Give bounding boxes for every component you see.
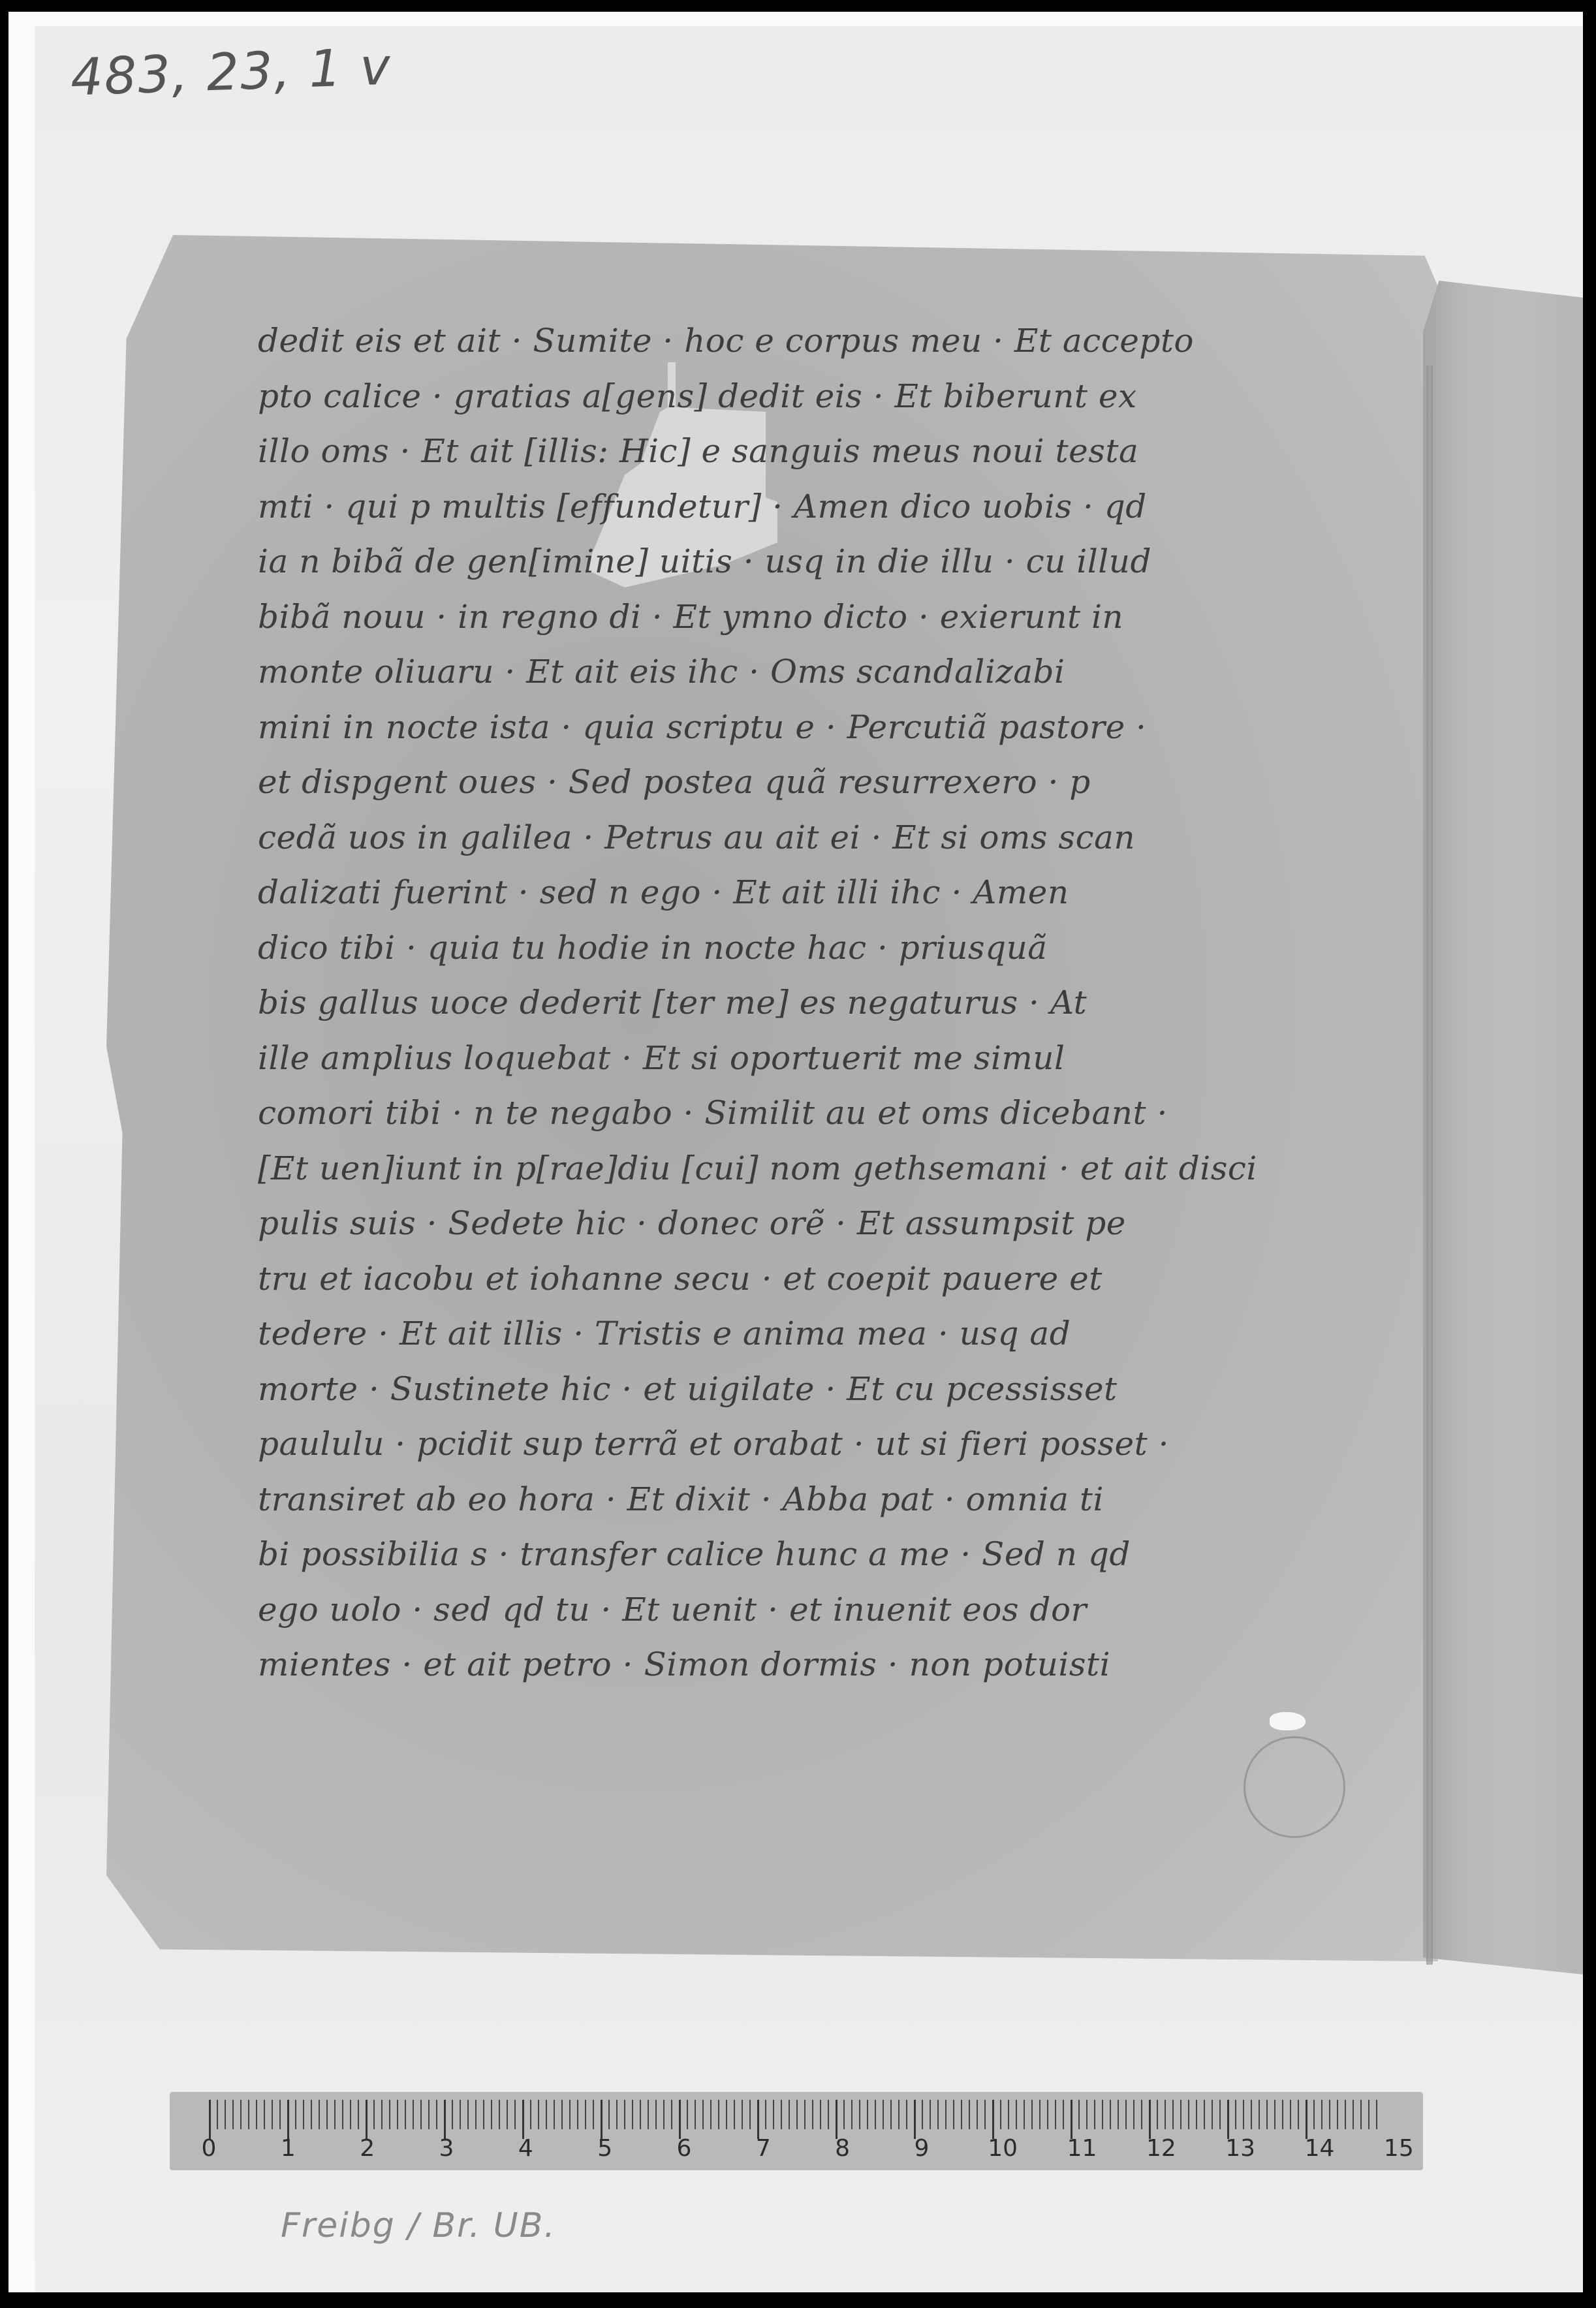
ruler-label: 11 [1067, 2135, 1093, 2162]
text-line: monte oliuaru · Et ait eis ihc · Oms sca… [258, 644, 1315, 700]
text-line: mini in nocte ista · quia scriptu e · Pe… [258, 700, 1315, 755]
text-line: tedere · Et ait illis · Tristis e anima … [258, 1306, 1315, 1362]
text-line: ego uolo · sed qd tu · Et uenit · et inu… [258, 1582, 1315, 1638]
text-line: illo oms · Et ait [illis: Hic] e sanguis… [258, 424, 1315, 479]
text-line: bibã nouu · in regno di · Et ymno dicto … [258, 589, 1315, 645]
text-line: bi possibilia s · transfer calice hunc a… [258, 1527, 1315, 1582]
text-line: dalizati fuerint · sed n ego · Et ait il… [258, 865, 1315, 920]
text-line: morte · Sustinete hic · et uigilate · Et… [258, 1362, 1315, 1417]
shelfmark-note: 483, 23, 1 v [70, 37, 393, 107]
ruler-label: 8 [830, 2135, 856, 2162]
ruler-label: 13 [1225, 2135, 1251, 2162]
ruler-label: 3 [433, 2135, 460, 2162]
archive-note: Freibg / Br. UB. [281, 2206, 556, 2245]
text-line: mientes · et ait petro · Simon dormis · … [258, 1637, 1315, 1692]
ruler-label: 5 [592, 2135, 618, 2162]
ruler-label: 14 [1305, 2135, 1331, 2162]
ruler-label: 9 [909, 2135, 935, 2162]
ruler-label: 4 [512, 2135, 539, 2162]
text-line: pulis suis · Sedete hic · donec orẽ · Et… [258, 1196, 1315, 1251]
text-line: tru et iacobu et iohanne secu · et coepi… [258, 1251, 1315, 1307]
text-line: paululu · pcidit sup terrã et orabat · u… [258, 1416, 1315, 1472]
text-line: et dispgent oues · Sed postea quã resurr… [258, 755, 1315, 810]
text-line: ia n bibã de gen[imine] uitis · usq in d… [258, 534, 1315, 589]
ruler-label: 1 [275, 2135, 301, 2162]
text-line: dedit eis et ait · Sumite · hoc e corpus… [258, 313, 1315, 369]
scale-ruler: 0 1 2 3 4 5 6 7 8 9 10 11 12 13 14 15 [170, 2092, 1423, 2170]
binding-fold [1426, 366, 1433, 1965]
ruler-label: 2 [354, 2135, 381, 2162]
ruler-label: 0 [196, 2135, 222, 2162]
ruler-label: 6 [671, 2135, 697, 2162]
text-line: comori tibi · n te negabo · Similit au e… [258, 1085, 1315, 1141]
text-line: bis gallus uoce dederit [ter me] es nega… [258, 975, 1315, 1031]
text-line: ille amplius loquebat · Et si oportuerit… [258, 1031, 1315, 1086]
ruler-ticks [209, 2100, 1384, 2129]
ruler-label: 7 [750, 2135, 776, 2162]
text-line: cedã uos in galilea · Petrus au ait ei ·… [258, 810, 1315, 865]
stamp-stain [1244, 1736, 1345, 1838]
text-line: pto calice · gratias a[gens] dedit eis ·… [258, 369, 1315, 424]
ruler-label: 10 [988, 2135, 1014, 2162]
parchment-stub-strip [1423, 281, 1583, 1974]
text-line: dico tibi · quia tu hodie in nocte hac ·… [258, 920, 1315, 976]
parchment-tear [1270, 1712, 1306, 1730]
ruler-label: 15 [1384, 2135, 1410, 2162]
ruler-labels: 0 1 2 3 4 5 6 7 8 9 10 11 12 13 14 15 [196, 2135, 1410, 2162]
text-line: transiret ab eo hora · Et dixit · Abba p… [258, 1472, 1315, 1527]
manuscript-text: dedit eis et ait · Sumite · hoc e corpus… [258, 313, 1315, 1692]
text-line: [Et uen]iunt in p[rae]diu [cui] nom geth… [258, 1141, 1315, 1196]
text-line: mti · qui p multis [effundetur] · Amen d… [258, 479, 1315, 535]
ruler-label: 12 [1146, 2135, 1172, 2162]
